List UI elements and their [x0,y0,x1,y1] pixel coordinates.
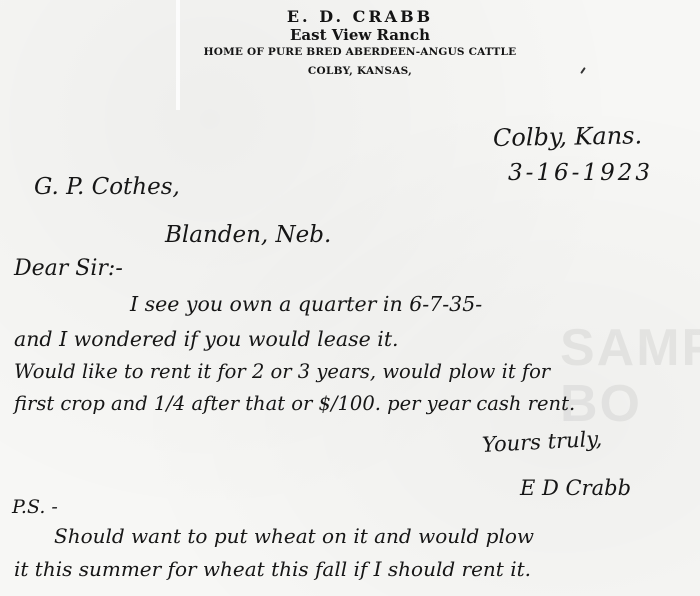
signature: E D Crabb [520,476,631,500]
addressee-city: Blanden, Neb. [165,222,331,248]
letterhead: E. D. CRABB East View Ranch HOME OF PURE… [180,8,540,79]
closing: Yours truly, [481,427,602,457]
watermark-line-2: BO [560,376,700,432]
faint-watermark: SAMP BO [560,320,700,432]
postscript-line: it this summer for wheat this fall if I … [14,557,531,581]
body-line: and I wondered if you would lease it. [14,327,399,351]
letter-page: SAMP BO E. D. CRABB East View Ranch HOME… [0,0,700,596]
postscript-line: Should want to put wheat on it and would… [54,524,534,548]
body-line: Would like to rent it for 2 or 3 years, … [14,360,550,383]
letterhead-ranch: East View Ranch [180,26,540,44]
ink-speck [580,67,586,74]
letter-place: Colby, Kans. [493,121,643,152]
body-line: first crop and 1/4 after that or $/100. … [14,392,575,415]
body-line: I see you own a quarter in 6-7-35- [130,292,482,316]
letterhead-city: COLBY, KANSAS, [180,64,540,79]
letter-date: 3-16-1923 [508,160,653,186]
watermark-line-1: SAMP [560,320,700,376]
postscript-label: P.S. - [12,496,58,518]
salutation: Dear Sir:- [14,256,123,281]
letterhead-tagline: HOME OF PURE BRED ABERDEEN-ANGUS CATTLE [180,45,540,60]
addressee-name: G. P. Cothes, [34,174,180,200]
letterhead-name: E. D. CRABB [180,8,540,26]
